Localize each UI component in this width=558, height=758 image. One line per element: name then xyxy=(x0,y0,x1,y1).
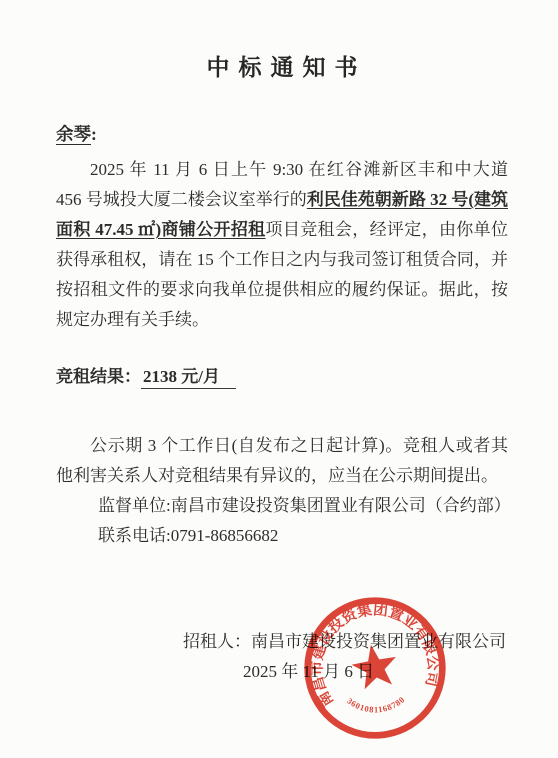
salutation-colon: : xyxy=(91,124,97,144)
document-title: 中标通知书 xyxy=(56,52,508,84)
seal-star xyxy=(349,641,401,691)
contact-phone-line: 联系电话:0791-86856682 xyxy=(56,521,508,551)
bid-result-label: 竞租结果： xyxy=(56,367,141,386)
seal-number-arc: 3601081168780 xyxy=(344,686,408,720)
bid-result-value: 2138 元/月 xyxy=(141,367,236,389)
document-page: 中标通知书 余琴: 2025 年 11 月 6 日上午 9:30 在红谷滩新区丰… xyxy=(0,0,558,758)
body-paragraph: 2025 年 11 月 6 日上午 9:30 在红谷滩新区丰和中大道 456 号… xyxy=(56,155,508,335)
public-notice-paragraph: 公示期 3 个工作日(自发布之日起计算)。竞租人或者其他利害关系人对竞租结果有异… xyxy=(56,431,508,491)
bid-result-line: 竞租结果：2138 元/月 xyxy=(56,364,508,390)
supervisor-line: 监督单位:南昌市建设投资集团置业有限公司（合约部） xyxy=(56,491,508,521)
document-content: 中标通知书 余琴: 2025 年 11 月 6 日上午 9:30 在红谷滩新区丰… xyxy=(0,0,558,687)
recipient-name: 余琴 xyxy=(56,124,91,144)
salutation-line: 余琴: xyxy=(56,122,508,146)
official-seal: 南昌市建设投资集团置业有限公司 3601081168780 xyxy=(289,582,460,753)
